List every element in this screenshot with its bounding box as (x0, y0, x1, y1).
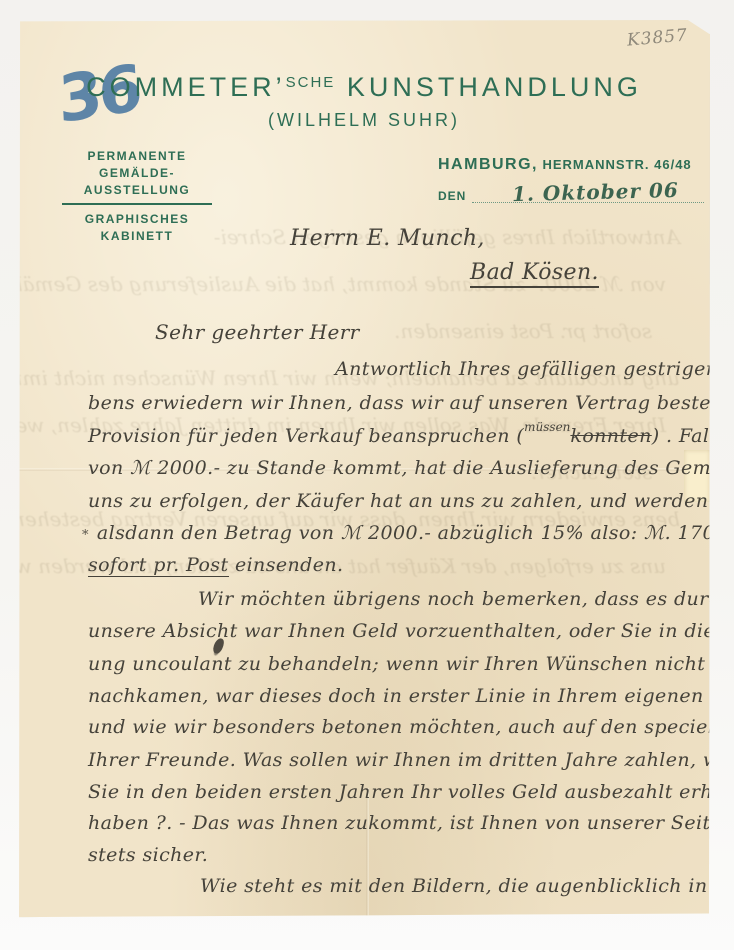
letter-text-segment: sofort pr. Post (88, 554, 229, 577)
letterhead-divider-rule (62, 203, 212, 205)
letter-text-segment: Wir möchten übrigens noch bemerken, dass… (198, 588, 734, 610)
letter-text-segment: müssen (524, 420, 570, 434)
letter-line: und wie wir besonders betonen möchten, a… (88, 714, 734, 740)
recipient-place: Bad Kösen. (470, 260, 599, 288)
letter-text-segment: Sie in den beiden ersten Jahren Ihr voll… (88, 781, 734, 803)
letter-text-segment: einsenden. (229, 554, 344, 576)
letter-line: Wie steht es mit den Bildern, die augenb… (200, 873, 734, 899)
proprietor-name: (WILHELM SUHR) (18, 110, 710, 131)
date-label: DEN (438, 189, 466, 203)
letter-line: stets sicher. (88, 842, 208, 868)
letter-text-segment: Provision für jeden Verkauf beanspruchen… (88, 425, 524, 447)
company-address: HAMBURG, HERMANNSTR. 46/48 (438, 156, 704, 174)
letter-sheet: Antwortlich Ihres gefälligen gestrigen S… (18, 20, 710, 918)
letter-line: uns zu erfolgen, der Käufer hat an uns z… (88, 488, 734, 514)
letter-line: Provision für jeden Verkauf beanspruchen… (88, 423, 734, 451)
date-dotted-rule: 1. Oktober 06 (472, 186, 704, 203)
letter-text-segment: und wie wir besonders betonen möchten, a… (88, 716, 734, 738)
letter-line: Wir möchten übrigens noch bemerken, dass… (198, 586, 734, 612)
letter-text-segment: Ihrer Freunde. Was sollen wir Ihnen im d… (88, 749, 734, 771)
letter-text-segment: Antwortlich Ihres gefälligen gestrigen S… (335, 358, 734, 380)
letter-text-segment: konnten (570, 425, 651, 447)
letter-line: *alsdann den Betrag von ℳ 2000.- abzügli… (82, 520, 734, 549)
letter-text-segment: ) . Falls das Geschäft (652, 425, 734, 447)
letter-text-segment: nachkamen, war dieses doch in erster Lin… (88, 685, 734, 707)
letter-line: Antwortlich Ihres gefälligen gestrigen S… (335, 356, 734, 382)
company-name-suffix: SCHE (286, 74, 336, 91)
permanent-exhibition-label-line1: PERMANENTE (62, 148, 212, 165)
letter-text-segment: ung uncoulant zu behandeln; wenn wir Ihr… (88, 653, 734, 675)
letter-line: nachkamen, war dieses doch in erster Lin… (88, 683, 734, 709)
letterhead-left-block: PERMANENTE GEMÄLDE-AUSSTELLUNG GRAPHISCH… (62, 148, 212, 245)
letter-line: von ℳ 2000.- zu Stande kommt, hat die Au… (88, 455, 734, 481)
permanent-exhibition-label-line2: GEMÄLDE-AUSSTELLUNG (62, 165, 212, 199)
letter-text-segment: bens erwiedern wir Ihnen, dass wir auf u… (88, 392, 734, 414)
letter-text-segment: * (82, 528, 89, 543)
salutation: Sehr geehrter Herr (155, 320, 360, 344)
ghost-line: sofort pr. Post einsenden. (394, 319, 652, 343)
letter-line: bens erwiedern wir Ihnen, dass wir auf u… (88, 390, 734, 416)
letter-line: ung uncoulant zu behandeln; wenn wir Ihr… (88, 651, 734, 677)
letter-line: unsere Absicht war Ihnen Geld vorzuentha… (88, 618, 734, 644)
letter-text-segment: uns zu erfolgen, der Käufer hat an uns z… (88, 490, 734, 512)
company-name-main: COMMETER’ (86, 72, 286, 102)
recipient-name: Herrn E. Munch, (290, 226, 485, 251)
letter-line: haben ?. - Das was Ihnen zukommt, ist Ih… (88, 810, 734, 836)
letterhead-right-block: HAMBURG, HERMANNSTR. 46/48 DEN 1. Oktobe… (438, 156, 704, 203)
company-name: COMMETER’SCHE KUNSTHANDLUNG (18, 72, 710, 103)
letter-text-segment: stets sicher. (88, 844, 208, 866)
letter-line: Sie in den beiden ersten Jahren Ihr voll… (88, 779, 734, 805)
graphics-cabinet-label: GRAPHISCHES KABINETT (62, 211, 212, 245)
company-city: HAMBURG, (438, 156, 538, 173)
letter-line: Ihrer Freunde. Was sollen wir Ihnen im d… (88, 747, 734, 773)
letter-text-segment: Wie steht es mit den Bildern, die augenb… (200, 875, 734, 897)
company-street: HERMANNSTR. 46/48 (542, 157, 691, 172)
company-name-rest: KUNSTHANDLUNG (335, 72, 642, 102)
handwritten-date: 1. Oktober 06 (512, 178, 679, 206)
letter-text-segment: haben ?. - Das was Ihnen zukommt, ist Ih… (88, 812, 734, 834)
letter-text-segment: von ℳ 2000.- zu Stande kommt, hat die Au… (88, 457, 734, 479)
date-line: DEN 1. Oktober 06 (438, 186, 704, 203)
letter-line: sofort pr. Post einsenden. (88, 552, 343, 578)
letter-text-segment: alsdann den Betrag von ℳ 2000.- abzüglic… (97, 522, 734, 544)
pencil-catalog-number: K3857 (626, 25, 688, 50)
letter-text-segment: unsere Absicht war Ihnen Geld vorzuentha… (88, 620, 734, 642)
